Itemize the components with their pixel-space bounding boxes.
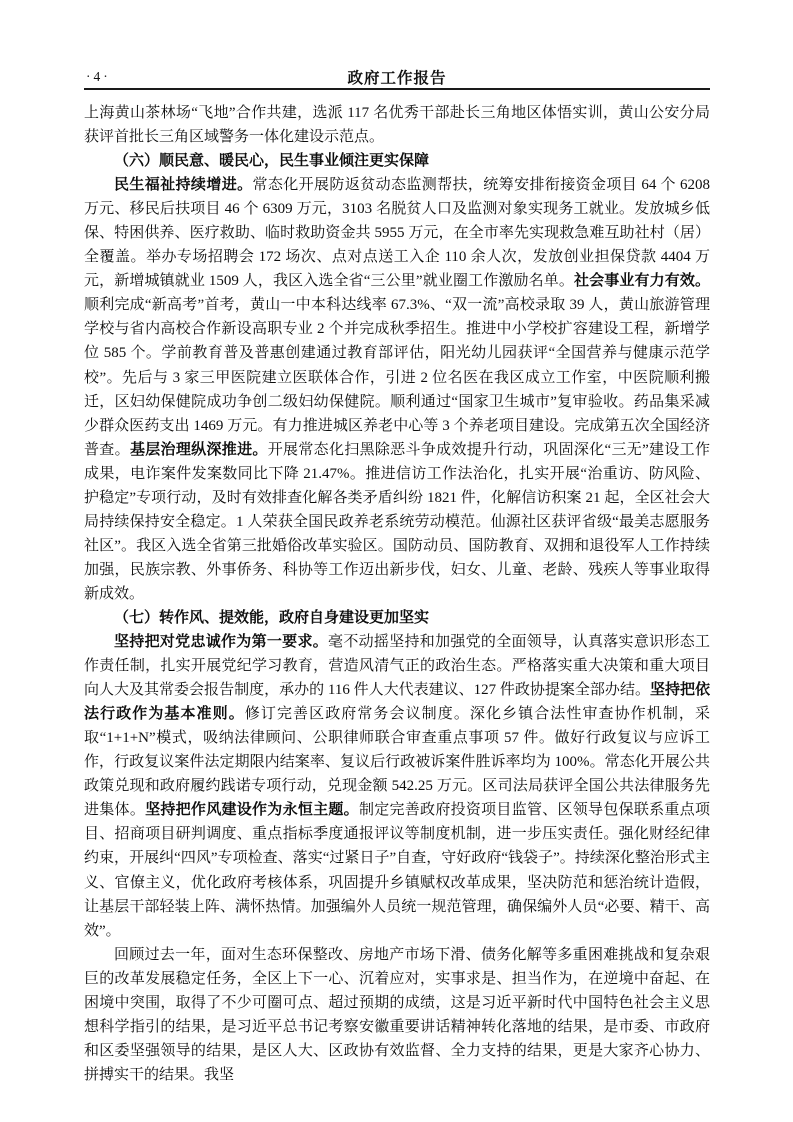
paragraph: 民生福祉持续增进。常态化开展防返贫动态监测帮扶，统筹安排衔接资金项目 64 个 … [84,173,710,606]
text-run: 制定完善政府投资项目监管、区领导包保联系重点项目、招商项目研判调度、重点指标季度… [84,802,710,938]
paragraph: 坚持把对党忠诚作为第一要求。毫不动摇坚持和加强党的全面领导，认真落实意识形态工作… [84,630,710,943]
page-header: ·4· 政府工作报告 [84,66,710,87]
text-run: 顺利完成“新高考”首考，黄山一中本科达线率 67.3%、“双一流”高校录取 39… [84,297,710,457]
bold-text-run: 坚持把对党忠诚作为第一要求。 [114,634,328,650]
bold-text-run: 基层治理纵深推进。 [130,442,268,458]
document-body: 上海黄山茶林场“飞地”合作共建，选派 117 名优秀干部赴长三角地区体悟实训，黄… [84,101,710,1087]
bold-text-run: 民生福祉持续增进。 [114,177,253,193]
paragraph: 上海黄山茶林场“飞地”合作共建，选派 117 名优秀干部赴长三角地区体悟实训，黄… [84,101,710,149]
text-run: 上海黄山茶林场“飞地”合作共建，选派 117 名优秀干部赴长三角地区体悟实训，黄… [84,105,710,145]
text-run: 回顾过去一年，面对生态环保整改、房地产市场下滑、债务化解等多重困难挑战和复杂艰巨… [84,947,710,1083]
section-heading: （七）转作风、提效能，政府自身建设更加坚实 [84,606,710,630]
page-content: ·4· 政府工作报告 上海黄山茶林场“飞地”合作共建，选派 117 名优秀干部赴… [84,66,710,1087]
section-heading: （六）顺民意、暖民心，民生事业倾注更实保障 [84,149,710,173]
header-title: 政府工作报告 [84,66,710,88]
bold-text-run: 社会事业有力有效。 [574,273,710,289]
page-number: ·4· [86,69,111,85]
bold-text-run: 坚持把作风建设作为永恒主题。 [145,802,359,818]
bold-text-run: （六）顺民意、暖民心，民生事业倾注更实保障 [114,152,429,169]
header-rule [84,88,710,90]
text-run: 开展常态化扫黑除恶斗争成效提升行动，巩固深化“三无”建设工作成果，电诈案件发案数… [84,442,710,602]
document-page: ·4· 政府工作报告 上海黄山茶林场“飞地”合作共建，选派 117 名优秀干部赴… [0,0,793,1122]
paragraph: 回顾过去一年，面对生态环保整改、房地产市场下滑、债务化解等多重困难挑战和复杂艰巨… [84,943,710,1087]
bold-text-run: （七）转作风、提效能，政府自身建设更加坚实 [114,609,429,626]
